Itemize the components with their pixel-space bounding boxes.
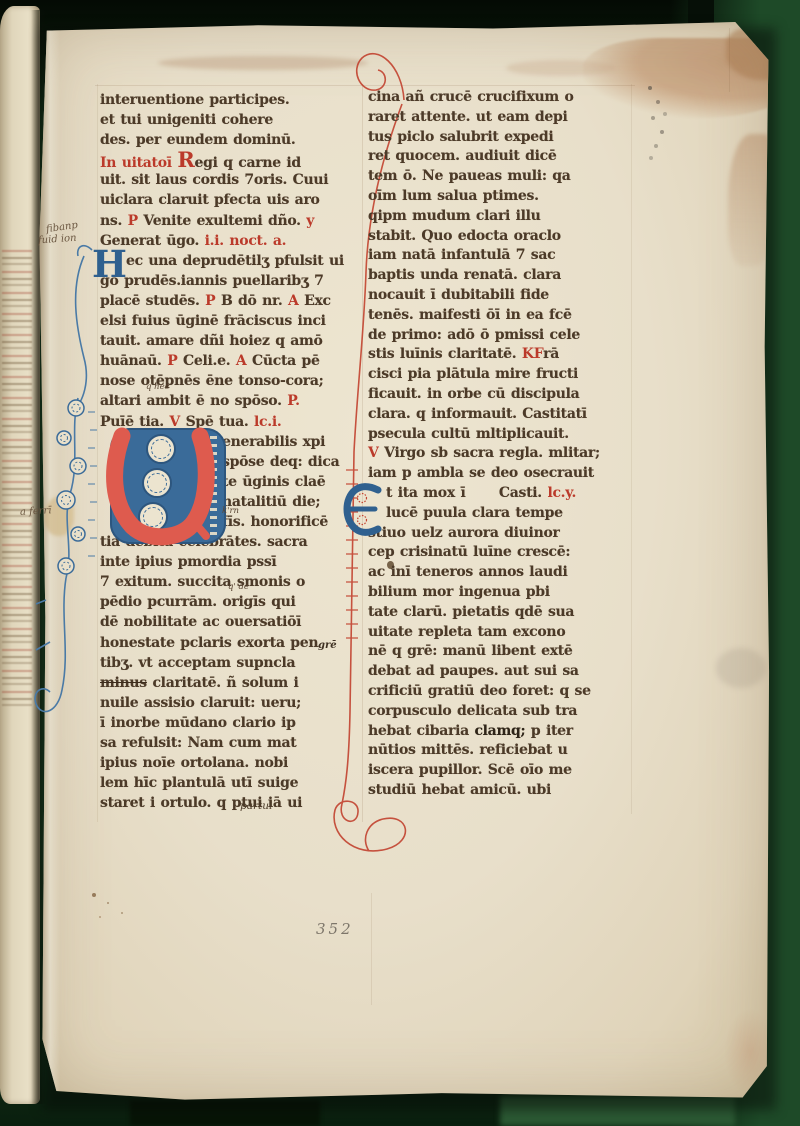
text-line: cisci pia plātula mire fructi bbox=[368, 365, 634, 385]
text-segment: Celi.e. bbox=[183, 353, 236, 369]
text-line: altari ambit ē no spōso. P. bbox=[100, 391, 352, 411]
text-line: stiuo uelz aurora diuinor bbox=[368, 524, 634, 544]
initial-e-glyph bbox=[342, 482, 386, 536]
text-segment: clara. q informauit. Castitatī bbox=[368, 406, 587, 422]
text-segment: nē q grē: manū libent extē bbox=[368, 643, 573, 659]
text-segment: uiclara claruit pfecta uis aro bbox=[100, 192, 320, 208]
text-line: tenēs. maifesti ōī in ea fcē bbox=[368, 306, 634, 326]
text-segment: KF bbox=[522, 346, 543, 362]
text-line: In uitatoī Regi q carne id bbox=[100, 150, 352, 170]
text-segment: A bbox=[236, 353, 252, 369]
text-segment: P bbox=[128, 213, 144, 229]
text-line: de primo: adō ō pmissi cele bbox=[368, 326, 634, 346]
text-segment: des. per eundem dominū. bbox=[100, 132, 296, 148]
text-line: honestate pclaris exorta pen bbox=[100, 633, 352, 653]
text-segment: Venite exultemi dño. bbox=[143, 213, 306, 229]
text-segment: Cūcta pē bbox=[252, 353, 320, 369]
text-line: nose otēpnēs ēne tonso-cora; bbox=[100, 371, 352, 391]
ruling-line bbox=[371, 893, 372, 1005]
text-line: uitate repleta tam excono bbox=[368, 623, 634, 643]
text-segment: y bbox=[306, 213, 314, 229]
text-segment: staret i ortulo. q ptui iā ui bbox=[100, 795, 302, 811]
text-segment: tate clarū. pietatis qdē sua bbox=[368, 604, 574, 620]
text-segment: ret quocem. audiuit dicē bbox=[368, 148, 556, 164]
text-segment: psecula cultū mltiplicauit. bbox=[368, 426, 569, 442]
text-segment: crificiū gratiū deo foret: q se bbox=[368, 683, 591, 699]
text-segment: huānaū. bbox=[100, 353, 167, 369]
text-line: debat ad paupes. aut sui sa bbox=[368, 662, 634, 682]
ruling-line bbox=[729, 28, 730, 92]
text-segment: te ūginis claē bbox=[222, 474, 325, 490]
text-segment: fīs. honorificē bbox=[222, 514, 328, 530]
text-segment: lc.i. bbox=[254, 414, 281, 430]
text-segment: stabit. Quo edocta oraclo bbox=[368, 228, 561, 244]
text-segment: R bbox=[177, 147, 194, 172]
text-segment: P bbox=[205, 293, 221, 309]
text-segment: clamq; bbox=[474, 723, 530, 739]
text-line: V Virgo sb sacra regla. mlitar; bbox=[368, 444, 634, 464]
initial-v-red-letter bbox=[88, 426, 230, 554]
text-line: iam natā infantulā 7 sac bbox=[368, 246, 634, 266]
text-line: uiclara claruit pfecta uis aro bbox=[100, 190, 352, 210]
manuscript-photo: interuentione participes.et tui unigenit… bbox=[0, 0, 800, 1126]
text-segment: honestate pclaris exorta pen bbox=[100, 635, 318, 651]
text-segment: stiuo uelz aurora diuinor bbox=[368, 525, 560, 541]
text-segment: ac inī teneros annos laudi bbox=[368, 564, 568, 580]
text-segment: tus piclo salubrit expedi bbox=[368, 129, 553, 145]
text-segment: stis luīnis claritatē. bbox=[368, 346, 522, 362]
text-line: tem ō. Ne paueas muli: qa bbox=[368, 167, 634, 187]
text-line: stis luīnis claritatē. KFrā bbox=[368, 345, 634, 365]
text-line: nocauit ī dubitabili fide bbox=[368, 286, 634, 306]
text-line: ipius noīe ortolana. nobi bbox=[100, 753, 352, 773]
text-segment: dē nobilitate ac ouersatiōī bbox=[100, 614, 301, 630]
text-segment: tenēs. maifesti ōī in ea fcē bbox=[368, 307, 572, 323]
text-segment: ns. bbox=[100, 213, 128, 229]
decorated-initial-e: E bbox=[342, 482, 386, 536]
text-segment: tem ō. Ne paueas muli: qa bbox=[368, 168, 571, 184]
text-segment: corpusculo delicata sub tra bbox=[368, 703, 577, 719]
text-segment: debat ad paupes. aut sui sa bbox=[368, 663, 579, 679]
text-line: baptis unda renatā. clara bbox=[368, 266, 634, 286]
facing-page-text-edge bbox=[2, 250, 32, 710]
text-line: oīm lum salua ptimes. bbox=[368, 187, 634, 207]
text-line: ac inī teneros annos laudi bbox=[368, 563, 634, 583]
text-line: stabit. Quo edocta oraclo bbox=[368, 227, 634, 247]
text-segment: iam natā infantulā 7 sac bbox=[368, 247, 555, 263]
text-segment: baptis unda renatā. clara bbox=[368, 267, 561, 283]
text-line: tibʒ. vt acceptam supncla bbox=[100, 653, 352, 673]
text-line: sa refulsit: Nam cum mat bbox=[100, 733, 352, 753]
text-segment: egi q carne id bbox=[195, 155, 301, 171]
text-line: tus piclo salubrit expedi bbox=[368, 128, 634, 148]
text-segment: nūtios mittēs. reficiebat u bbox=[368, 742, 568, 758]
text-line: ret quocem. audiuit dicē bbox=[368, 147, 634, 167]
text-segment: bilium mor ingenua pbi bbox=[368, 584, 550, 600]
illuminated-initial-v: V bbox=[88, 426, 230, 554]
text-line: nē q grē: manū libent extē bbox=[368, 642, 634, 662]
text-segment: In uitatoī bbox=[100, 155, 177, 171]
text-segment: ī inorbe mūdano clario ip bbox=[100, 715, 296, 731]
text-segment: Exc bbox=[304, 293, 331, 309]
text-line: tate clarū. pietatis qdē sua bbox=[368, 603, 634, 623]
text-segment: raret attente. ut eam depi bbox=[368, 109, 567, 125]
text-segment: studiū hebat amicū. ubi bbox=[368, 782, 551, 798]
text-segment: altari ambit ē no spōso. bbox=[100, 393, 287, 409]
text-segment: inte ipius pmordia pssī bbox=[100, 554, 276, 570]
text-segment: tauit. amare dñi hoiez q amō bbox=[100, 333, 323, 349]
text-line: iam p ambla se deo osecrauit bbox=[368, 464, 634, 484]
text-segment: lc.y. bbox=[547, 485, 576, 501]
text-segment: spōse deq: dica bbox=[222, 454, 339, 470]
text-segment: A bbox=[288, 293, 304, 309]
text-segment: lucē puula clara tempe bbox=[386, 505, 563, 521]
text-segment: nocauit ī dubitabili fide bbox=[368, 287, 549, 303]
text-segment: iscera pupillor. Scē oīo me bbox=[368, 762, 572, 778]
text-segment: p iter bbox=[531, 723, 573, 739]
text-segment: nose otēpnēs ēne tonso-cora; bbox=[100, 373, 323, 389]
text-line: placē studēs. P B dō nr. A Exc bbox=[100, 291, 352, 311]
text-segment: go prudēs.iannis puellaribʒ 7 bbox=[100, 273, 324, 289]
text-segment: sa refulsit: Nam cum mat bbox=[100, 735, 296, 751]
text-line: studiū hebat amicū. ubi bbox=[368, 781, 634, 801]
text-line: nuile assisio claruit: ueru; bbox=[100, 693, 352, 713]
text-column-right: cina añ crucē crucifixum oraret attente.… bbox=[368, 88, 634, 801]
text-line: nūtios mittēs. reficiebat u bbox=[368, 741, 634, 761]
text-segment: 7 exitum. succita smonis o bbox=[100, 574, 305, 590]
text-segment: iam p ambla se deo osecrauit bbox=[368, 465, 594, 481]
text-segment: minus bbox=[100, 675, 147, 691]
text-line: et tui unigeniti cohere bbox=[100, 110, 352, 130]
text-line: clara. q informauit. Castitatī bbox=[368, 405, 634, 425]
text-line: Generat ūgo. i.i. noct. a. bbox=[100, 231, 352, 251]
text-segment: rā bbox=[543, 346, 559, 362]
text-line: lem hīc plantulā utī suige bbox=[100, 773, 352, 793]
text-segment: nuile assisio claruit: ueru; bbox=[100, 695, 301, 711]
text-segment: placē studēs. bbox=[100, 293, 205, 309]
text-segment: enerabilis xpi bbox=[222, 434, 325, 450]
folio-number-pencil: 352 bbox=[316, 920, 354, 938]
text-line: psecula cultū mltiplicauit. bbox=[368, 425, 634, 445]
text-segment: P bbox=[167, 353, 183, 369]
text-segment: B dō nr. bbox=[221, 293, 288, 309]
text-line: cina añ crucē crucifixum o bbox=[368, 88, 634, 108]
text-line: go prudēs.iannis puellaribʒ 7 bbox=[100, 271, 352, 291]
text-segment: natalitiū die; bbox=[222, 494, 320, 510]
text-segment: uitate repleta tam excono bbox=[368, 624, 565, 640]
text-line: dē nobilitate ac ouersatiōī bbox=[100, 612, 352, 632]
text-segment: hebat cibaria bbox=[368, 723, 474, 739]
ruling-line bbox=[95, 85, 635, 86]
text-line: ns. P Venite exultemi dño. y bbox=[100, 211, 352, 231]
text-line: bilium mor ingenua pbi bbox=[368, 583, 634, 603]
text-line: ficauit. in orbe cū discipula bbox=[368, 385, 634, 405]
text-line: huānaū. P Celi.e. A Cūcta pē bbox=[100, 351, 352, 371]
text-line: elsi fuius ūginē frāciscus inci bbox=[100, 311, 352, 331]
text-segment: oīm lum salua ptimes. bbox=[368, 188, 539, 204]
text-line: inte ipius pmordia pssī bbox=[100, 552, 352, 572]
text-line: pēdio pcurrām. origīs qui bbox=[100, 592, 352, 612]
text-line: t ita mox ī Casti. lc.y. bbox=[368, 484, 634, 504]
text-line: lucē puula clara tempe bbox=[368, 504, 634, 524]
text-line: qipm mudum clari illu bbox=[368, 207, 634, 227]
text-line: raret attente. ut eam depi bbox=[368, 108, 634, 128]
text-segment: pēdio pcurrām. origīs qui bbox=[100, 594, 296, 610]
text-segment: P. bbox=[287, 393, 299, 409]
text-segment: tibʒ. vt acceptam supncla bbox=[100, 655, 295, 671]
text-line: des. per eundem dominū. bbox=[100, 130, 352, 150]
text-line: minus claritatē. ñ solum i bbox=[100, 673, 352, 693]
text-segment: uit. sit laus cordis 7oris. Cuui bbox=[100, 172, 328, 188]
text-line: tauit. amare dñi hoiez q amō bbox=[100, 331, 352, 351]
text-line: cep crisinatū luīne crescē: bbox=[368, 543, 634, 563]
text-segment: ficauit. in orbe cū discipula bbox=[368, 386, 579, 402]
ruling-line bbox=[362, 84, 363, 822]
text-segment: Virgo sb sacra regla. mlitar; bbox=[384, 445, 600, 461]
text-segment: et tui unigeniti cohere bbox=[100, 112, 273, 128]
text-segment: t ita mox ī Casti. bbox=[386, 485, 547, 501]
text-line: ī inorbe mūdano clario ip bbox=[100, 713, 352, 733]
text-segment: claritatē. ñ solum i bbox=[147, 675, 299, 691]
text-segment: qipm mudum clari illu bbox=[368, 208, 541, 224]
text-line: hebat cibaria clamq; p iter bbox=[368, 722, 634, 742]
text-segment: interuentione participes. bbox=[100, 92, 289, 108]
text-segment: V bbox=[368, 445, 384, 461]
text-line: Hec una deprudētilʒ pfulsit ui bbox=[100, 251, 352, 271]
text-segment: de primo: adō ō pmissi cele bbox=[368, 327, 580, 343]
text-segment: ec una deprudētilʒ pfulsit ui bbox=[126, 253, 344, 269]
text-line: uit. sit laus cordis 7oris. Cuui bbox=[100, 170, 352, 190]
text-segment: ipius noīe ortolana. nobi bbox=[100, 755, 288, 771]
text-segment: i.i. noct. a. bbox=[205, 233, 287, 249]
text-line: 7 exitum. succita smonis o bbox=[100, 572, 352, 592]
text-line: crificiū gratiū deo foret: q se bbox=[368, 682, 634, 702]
text-segment: cisci pia plātula mire fructi bbox=[368, 366, 578, 382]
text-line: iscera pupillor. Scē oīo me bbox=[368, 761, 634, 781]
text-segment: cep crisinatū luīne crescē: bbox=[368, 544, 570, 560]
text-segment: elsi fuius ūginē frāciscus inci bbox=[100, 313, 326, 329]
text-line: corpusculo delicata sub tra bbox=[368, 702, 634, 722]
text-line: interuentione participes. bbox=[100, 90, 352, 110]
text-segment: cina añ crucē crucifixum o bbox=[368, 89, 574, 105]
text-segment: lem hīc plantulā utī suige bbox=[100, 775, 298, 791]
text-line: staret i ortulo. q ptui iā ui bbox=[100, 793, 352, 813]
